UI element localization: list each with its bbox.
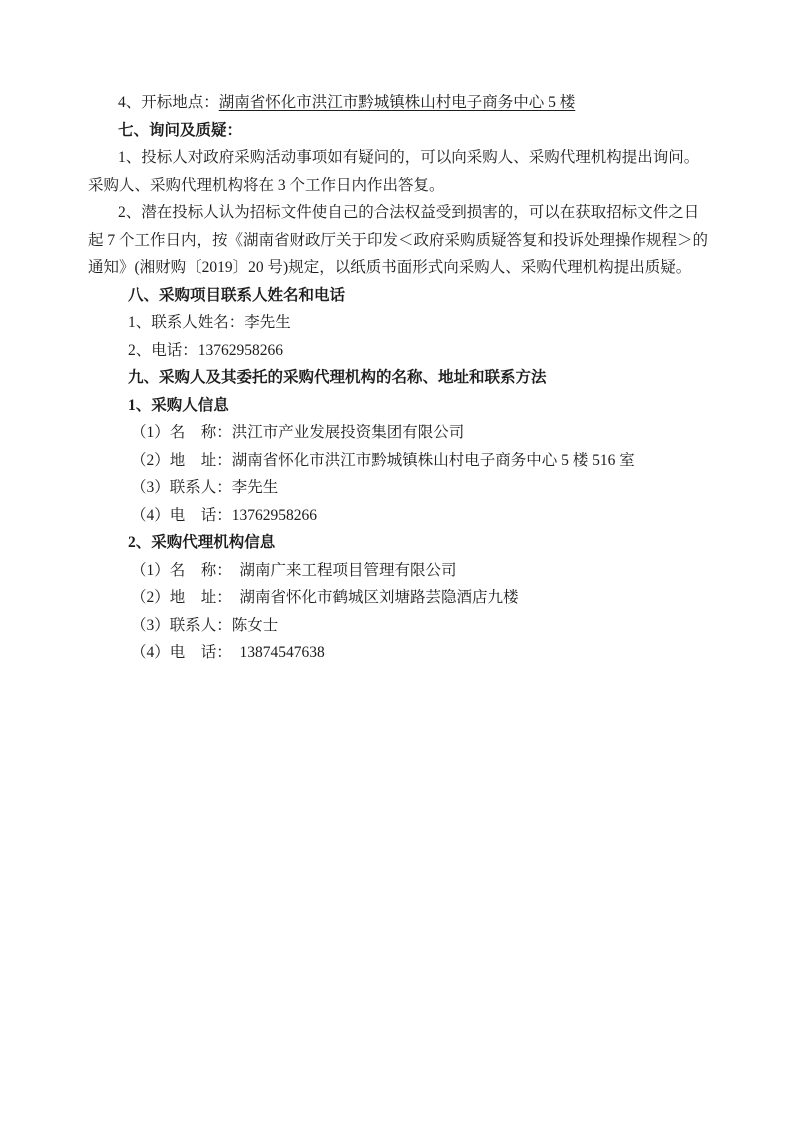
section-heading-contact: 八、采购项目联系人姓名和电话 (88, 282, 748, 310)
document-page: 4、开标地点：湖南省怀化市洪江市黔城镇株山村电子商务中心 5 楼 七、询问及质疑… (0, 0, 793, 1122)
agency-contact-line: （3）联系人：陈女士 (88, 612, 748, 640)
agency-name-line: （1）名 称： 湖南广来工程项目管理有限公司 (88, 557, 748, 585)
agency-info-heading: 2、采购代理机构信息 (88, 529, 748, 557)
document-body: 4、开标地点：湖南省怀化市洪江市黔城镇株山村电子商务中心 5 楼 七、询问及质疑… (88, 89, 748, 667)
bid-opening-location-line: 4、开标地点：湖南省怀化市洪江市黔城镇株山村电子商务中心 5 楼 (88, 89, 748, 117)
purchaser-contact-line: （3）联系人：李先生 (88, 474, 748, 502)
inquiry-para2-line2: 起 7 个工作日内，按《湖南省财政厅关于印发＜政府采购质疑答复和投诉处理操作规程… (88, 227, 748, 255)
section-heading-inquiry: 七、询问及质疑： (88, 117, 748, 145)
contact-phone-line: 2、电话：13762958266 (88, 337, 748, 365)
purchaser-phone-line: （4）电 话：13762958266 (88, 502, 748, 530)
inquiry-para1-line2: 采购人、采购代理机构将在 3 个工作日内作出答复。 (88, 172, 748, 200)
contact-name-line: 1、联系人姓名：李先生 (88, 309, 748, 337)
inquiry-para1-line1: 1、投标人对政府采购活动事项如有疑问的，可以向采购人、采购代理机构提出询问。 (88, 144, 748, 172)
bid-opening-address: 湖南省怀化市洪江市黔城镇株山村电子商务中心 5 楼 (219, 94, 576, 111)
inquiry-para2-line1: 2、潜在投标人认为招标文件使自己的合法权益受到损害的，可以在获取招标文件之日 (88, 199, 748, 227)
purchaser-info-heading: 1、采购人信息 (88, 392, 748, 420)
agency-phone-line: （4）电 话： 13874547638 (88, 639, 748, 667)
purchaser-address-line: （2）地 址：湖南省怀化市洪江市黔城镇株山村电子商务中心 5 楼 516 室 (88, 447, 748, 475)
agency-address-line: （2）地 址： 湖南省怀化市鹤城区刘塘路芸隐酒店九楼 (88, 584, 748, 612)
bid-opening-label: 4、开标地点： (118, 94, 219, 111)
section-heading-parties: 九、采购人及其委托的采购代理机构的名称、地址和联系方法 (88, 364, 748, 392)
inquiry-para2-line3: 通知》(湘财购〔2019〕20 号)规定，以纸质书面形式向采购人、采购代理机构提… (88, 254, 748, 282)
purchaser-name-line: （1）名 称：洪江市产业发展投资集团有限公司 (88, 419, 748, 447)
